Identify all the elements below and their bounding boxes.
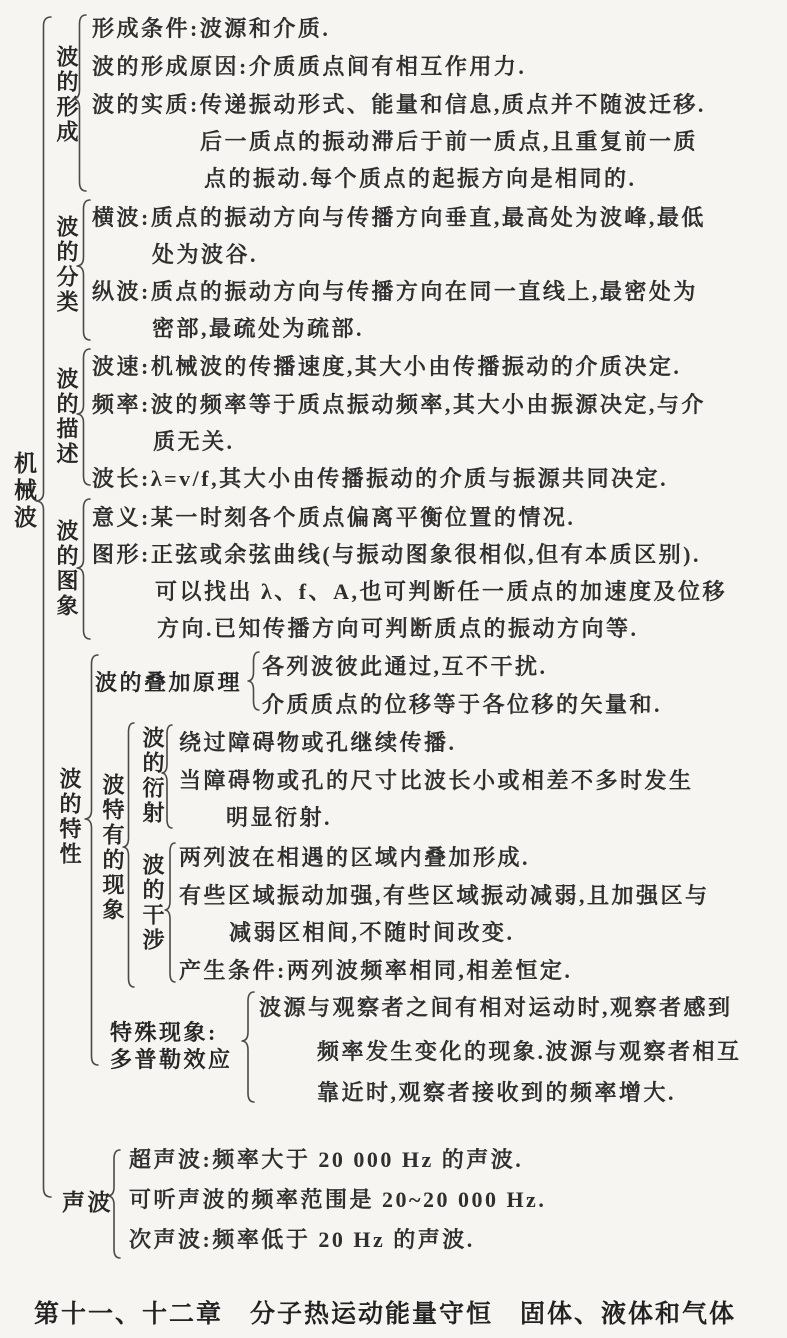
- superposition-line: 介质质点的位移等于各位移的矢量和.: [262, 688, 662, 719]
- classification-brace: [76, 199, 91, 346]
- superposition-line: 各列波彼此通过,互不干扰.: [262, 650, 548, 681]
- description-line: 频率:波的频率等于质点振动频率,其大小由振源决定,与介: [92, 388, 706, 419]
- classification-line: 横波:质点的振动方向与传播方向垂直,最高处为波峰,最低: [92, 201, 706, 232]
- graph-brace: [76, 498, 91, 645]
- sound-line: 超声波:频率大于 20 000 Hz 的声波.: [129, 1143, 523, 1174]
- formation-brace: [72, 14, 87, 197]
- doppler-brace: [241, 991, 255, 1108]
- doppler-line: 波源与观察者之间有相对运动时,观察者感到: [259, 991, 733, 1022]
- graph-line: 图形:正弦或余弦曲线(与振动图象很相似,但有本质区别).: [92, 538, 701, 569]
- doppler-label-line2: 多普勒效应: [110, 1043, 233, 1074]
- interference-line: 有些区域振动加强,有些区域振动减弱,且加强区与: [179, 879, 710, 910]
- sound-brace: [107, 1149, 121, 1264]
- graph-line: 可以找出 λ、f、A,也可判断任一质点的加速度及位移: [155, 575, 727, 606]
- root-brace: [35, 16, 52, 1203]
- superposition-brace: [247, 651, 260, 716]
- description-brace: [76, 348, 91, 491]
- classification-line: 纵波:质点的振动方向与传播方向在同一直线上,最密处为: [92, 275, 698, 306]
- formation-line: 后一质点的振动滞后于前一质点,且重复前一质: [200, 125, 698, 156]
- section-label-properties: 波的特性: [54, 767, 85, 867]
- diffraction-brace: [161, 724, 173, 834]
- interference-line: 减弱区相间,不随时间改变.: [229, 916, 515, 947]
- sound-line: 次声波:频率低于 20 Hz 的声波.: [129, 1223, 475, 1254]
- formation-line: 波的形成原因:介质质点间有相互作用力.: [92, 50, 526, 81]
- chapter-footer: 第十一、十二章 分子热运动能量守恒 固体、液体和气体: [34, 1294, 736, 1330]
- classification-line: 处为波谷.: [152, 238, 258, 269]
- diffraction-line: 绕过障碍物或孔继续传播.: [179, 726, 457, 757]
- interference-line: 产生条件:两列波频率相同,相差恒定.: [179, 954, 572, 985]
- diffraction-line: 当障碍物或孔的尺寸比波长小或相差不多时发生: [179, 764, 694, 795]
- doppler-line: 频率发生变化的现象.波源与观察者相互: [317, 1035, 742, 1066]
- classification-line: 密部,最疏处为疏部.: [152, 312, 364, 343]
- sound-line: 可听声波的频率范围是 20~20 000 Hz.: [129, 1183, 546, 1214]
- diffraction-line: 明显衍射.: [226, 801, 332, 832]
- formation-line: 点的振动.每个质点的起振方向是相同的.: [204, 162, 637, 193]
- description-line: 波长:λ=v/f,其大小由传播振动的介质与振源共同决定.: [92, 462, 668, 493]
- interference-brace: [164, 842, 176, 988]
- unique-phenomena-brace: [122, 722, 135, 993]
- description-line: 质无关.: [153, 425, 235, 456]
- mindmap-page: 机械波 波的形成 形成条件:波源和介质. 波的形成原因:介质质点间有相互作用力.…: [0, 0, 787, 1338]
- section-label-sound: 声波: [62, 1184, 113, 1217]
- formation-line: 形成条件:波源和介质.: [92, 12, 330, 43]
- doppler-line: 靠近时,观察者接收到的频率增大.: [317, 1076, 676, 1107]
- formation-line: 波的实质:传递振动形式、能量和信息,质点并不随波迁移.: [92, 88, 706, 119]
- description-line: 波速:机械波的传播速度,其大小由传播振动的介质决定.: [92, 350, 681, 381]
- graph-line: 意义:某一时刻各个质点偏离平衡位置的情况.: [92, 501, 575, 532]
- graph-line: 方向.已知传播方向可判断质点的振动方向等.: [157, 612, 639, 643]
- interference-line: 两列波在相遇的区域内叠加形成.: [179, 841, 530, 872]
- superposition-label: 波的叠加原理: [95, 666, 242, 697]
